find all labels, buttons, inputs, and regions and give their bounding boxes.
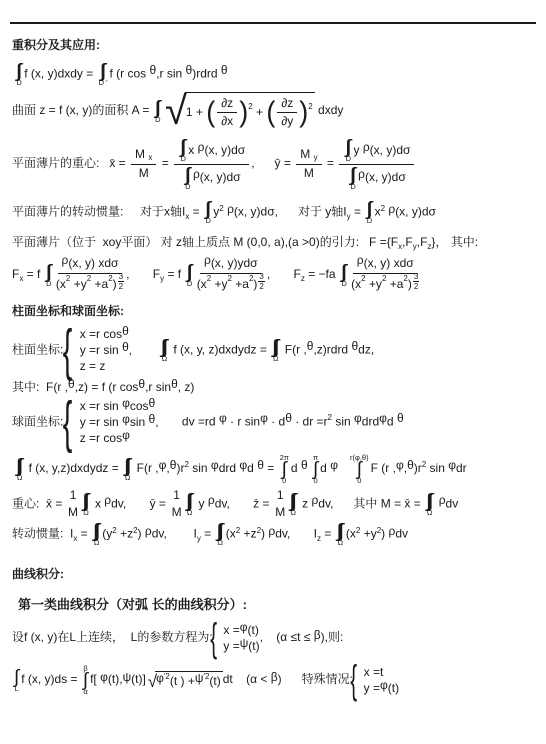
formula-plane-centroid: 平面薄片的重心: x̄ = M xM = ∫∫Dx ρ(x, y)dσ∫∫Dρ(… <box>4 138 542 190</box>
text: , F <box>267 267 301 281</box>
text: z <box>299 496 312 510</box>
denominator: M <box>304 165 314 182</box>
text: ) <box>113 277 117 293</box>
text: dz, <box>358 342 374 356</box>
cases-row: y =r sin φsin θ, <box>80 414 159 430</box>
raised-symbol: θ <box>307 339 314 353</box>
raised-symbol: θ <box>171 377 178 391</box>
cases-rows: x =φ(t)y =ψ(t) <box>223 622 259 654</box>
text: f (x, y, z)dxdydz = <box>170 342 270 356</box>
text: , (α ≤t ≤ <box>260 631 314 645</box>
subscript: z <box>427 242 431 251</box>
integral-operator: β∫α <box>83 665 88 695</box>
heading-cylindrical-spherical: 柱面坐标和球面坐标: <box>4 304 542 320</box>
raised-symbol: ρ <box>62 253 69 269</box>
integral-operator: 2π∫0 <box>280 454 289 484</box>
integral-operator: ∫∫D <box>186 263 192 288</box>
formula-arc-length-integral: ∫Lf (x, y)ds = β∫αf[ φ(t),ψ(t)]√φ′2(t ) … <box>4 663 542 697</box>
text: 平面薄片的重心: x̄ = <box>12 156 129 170</box>
superscript: 2 <box>382 274 386 284</box>
formula-spherical-triple: ∫∫∫Ω f (x, y,z)dxdydz = ∫∫∫Ω F(r ,φ,θ)r2… <box>4 454 542 484</box>
integral-operator: ∫∫D <box>155 99 161 124</box>
numerator: ρ(x, y)ydσ <box>200 256 262 274</box>
text: = <box>321 527 335 541</box>
text: (x, y)ydσ <box>211 256 258 272</box>
heading-line-integrals: 曲线积分: <box>4 567 542 583</box>
text: f (x, y)ds = <box>21 673 81 687</box>
integral-operator: ∫∫∫Ω <box>337 522 344 547</box>
text: (x, y)dσ, 对于 y轴I <box>234 205 347 219</box>
integral-operator: r(φ,θ)∫0 <box>350 454 369 484</box>
numerator: ρ(x, y) xdσ <box>353 256 418 274</box>
stack: 1M <box>171 488 182 520</box>
fraction: ∫∫Dy ρ(x, y)dσ∫∫Dρ(x, y)dσ <box>339 138 414 190</box>
subscript: x <box>185 212 189 221</box>
raised-symbol: ρ <box>363 140 370 156</box>
text: (t) <box>248 623 259 637</box>
text: (y <box>102 527 112 541</box>
integral-operator: ∫∫∫Ω <box>161 338 168 363</box>
subscript: y <box>314 153 318 163</box>
text: dxdy <box>315 103 344 117</box>
integral-operator: ∫∫D ′ <box>99 62 108 87</box>
lower-limit: α <box>83 688 87 696</box>
formula-inertia-3d: 转动惯量: Ix = ∫∫∫Ω(y2 +z2) ρdv, Iy = ∫∫∫Ω(x… <box>4 522 542 547</box>
text: (x, y)dσ <box>395 205 436 219</box>
text: 第一类曲线积分（对弧 长的曲线积分）: <box>18 597 247 612</box>
raised-symbol: φ <box>122 428 130 442</box>
text: 重心: x̄ = <box>12 496 66 510</box>
text: (x, y)dσ <box>204 143 245 159</box>
integral-operator: ∫∫D <box>16 62 22 87</box>
text: F (r , <box>371 461 396 475</box>
raised-symbol: θ <box>122 324 129 338</box>
text: (x, y) xdσ <box>364 256 414 272</box>
raised-symbol: φ <box>240 620 248 634</box>
raised-symbol: ψ <box>195 671 204 687</box>
numerator: ∂z <box>217 96 237 114</box>
text: (x <box>346 527 356 541</box>
raised-symbol: φ <box>396 458 404 472</box>
text: = <box>189 205 203 219</box>
raised-symbol: θ <box>257 458 264 472</box>
text: = <box>351 205 365 219</box>
lower-limit: Ω <box>337 539 343 547</box>
text: M <box>304 166 314 182</box>
lower-limit: Ω <box>217 539 223 547</box>
raised-symbol: ρ <box>389 524 396 538</box>
text: +y <box>366 277 382 293</box>
integral-operator: ∫∫∫Ω <box>93 522 100 547</box>
subscript: x <box>19 274 23 283</box>
text: (x, y)dσ <box>370 143 411 159</box>
text: f[ <box>90 673 100 687</box>
text: M <box>68 505 78 521</box>
superscript: 2 <box>257 526 261 535</box>
text: (x <box>56 277 66 293</box>
text: = f <box>164 267 184 281</box>
raised-symbol: θ <box>301 458 308 472</box>
raised-symbol: ρ <box>193 167 200 183</box>
superscript: 2 <box>249 274 253 284</box>
lower-limit: D <box>155 116 160 124</box>
subscript: y <box>413 242 417 251</box>
integral-operator: ∫∫D <box>341 263 347 288</box>
heading-first-type-line-integral: 第一类曲线积分（对弧 长的曲线积分）: <box>4 597 542 614</box>
text: = <box>201 527 215 541</box>
raised-symbol: θ <box>221 63 228 77</box>
denominator: ∂y <box>281 113 293 130</box>
text: d <box>320 461 330 475</box>
text: M <box>300 147 313 163</box>
text: , ȳ = <box>251 156 294 170</box>
lower-limit: D <box>46 280 51 288</box>
exponent-fraction: 32 <box>413 272 419 291</box>
text: ) <box>408 277 412 293</box>
lower-limit: D <box>346 155 351 163</box>
text: = <box>77 527 91 541</box>
lower-limit: D ′ <box>99 79 108 87</box>
integral-operator: ∫∫∫Ω <box>272 338 279 363</box>
raised-symbol: φ <box>260 411 268 425</box>
fraction: ∂z∂x <box>217 96 237 130</box>
superscript: ′2 <box>164 672 170 682</box>
text: d <box>387 414 397 428</box>
text: y = <box>364 681 380 695</box>
exp-numerator: 3 <box>414 272 418 281</box>
left-paren: ( <box>206 100 215 126</box>
raised-symbol: ρ <box>439 493 446 507</box>
text: ,F <box>402 235 413 249</box>
text: ) <box>253 277 257 293</box>
text: dv <box>446 496 459 510</box>
left-brace: { <box>62 326 72 374</box>
superscript: 2 <box>133 526 137 535</box>
raised-symbol: ψ <box>123 670 132 684</box>
superscript: 2 <box>356 526 360 535</box>
raised-symbol: ρ <box>208 493 215 507</box>
subscript: z <box>301 274 305 283</box>
integral-operator: ∫∫∫Ω <box>290 492 297 517</box>
radicand: 1 + (∂z∂x)2 + (∂z∂y)2 <box>185 92 315 130</box>
text: dv, I <box>152 527 197 541</box>
subscript: x <box>73 534 77 543</box>
text: (t) <box>209 674 220 690</box>
text: ,r sin <box>145 380 171 394</box>
text: dr <box>456 461 467 475</box>
fraction: M xM <box>131 147 156 181</box>
fraction: ρ(x, y) xdσ(x2 +y2 +a2)32 <box>56 256 124 294</box>
lower-limit: 0 <box>313 477 317 485</box>
fraction: M yM <box>296 147 321 181</box>
integral-operator: ∫∫D <box>350 166 356 191</box>
text: y =r sin <box>80 343 122 357</box>
text: drd <box>362 414 379 428</box>
paren-content: ∂z∂y <box>275 96 299 130</box>
text: +z <box>240 527 256 541</box>
text: (t), <box>108 673 123 687</box>
lower-limit: D <box>180 155 185 163</box>
text: (t) <box>248 639 259 653</box>
text: x <box>375 205 381 219</box>
cases-group: {x =φ(t)y =ψ(t) <box>216 621 260 655</box>
text: y <box>353 143 362 159</box>
text: 曲线积分: <box>12 567 64 581</box>
formula-cylindrical: 柱面坐标: {x =r cosθy =r sin θ,z = z ∫∫∫Ω f … <box>4 326 542 374</box>
integral-operator: ∫∫D <box>366 200 372 225</box>
fraction: ρ(x, y)ydσ(x2 +y2 +a2)32 <box>197 256 265 294</box>
text: · r sin <box>227 414 260 428</box>
top-rule <box>10 22 536 24</box>
formula-cylindrical-where: 其中: F(r ,θ,z) = f (r cosθ,r sinθ, z) <box>4 380 542 396</box>
superscript: 2 <box>184 460 188 469</box>
text: 曲面 z = f (x, y)的面积 A = <box>12 103 153 117</box>
raised-symbol: ρ <box>204 253 211 269</box>
left-paren: ( <box>266 100 275 126</box>
formula-spherical: 球面坐标: {x =r sin φcosθy =r sin φsin θ,z =… <box>4 398 542 446</box>
text: sin <box>130 415 149 429</box>
subscript: x <box>398 242 402 251</box>
numerator: 1 <box>171 488 182 504</box>
raised-symbol: θ <box>149 412 156 426</box>
numerator: ∫∫Dy ρ(x, y)dσ <box>339 138 414 165</box>
stack: 1M <box>275 488 286 520</box>
text: dv =rd <box>159 414 219 428</box>
text: , F <box>126 267 160 281</box>
text: 重积分及其应用: <box>12 38 100 52</box>
text: ,r sin <box>156 66 185 80</box>
raised-symbol: ρ <box>357 253 364 269</box>
superscript: 2 <box>108 274 112 284</box>
lower-limit: Ω <box>83 509 89 517</box>
text: x <box>188 143 197 159</box>
denominator: (x2 +y2 +a2)32 <box>56 274 124 294</box>
text: +y <box>360 527 376 541</box>
text: = <box>324 156 338 170</box>
superscript: 2 <box>328 413 332 422</box>
text: drd <box>219 461 240 475</box>
exp-numerator: 3 <box>259 272 263 281</box>
square-root: √1 + (∂z∂x)2 + (∂z∂y)2 <box>165 92 315 130</box>
left-brace: { <box>351 663 358 697</box>
raised-symbol: θ <box>170 458 177 472</box>
text: = f <box>23 267 43 281</box>
text: ∂x <box>221 114 233 130</box>
superscript: 2 <box>381 204 385 213</box>
superscript: 2 <box>112 526 116 535</box>
numerator: 1 <box>68 488 79 504</box>
text: (x <box>351 277 361 293</box>
integral-operator: ∫∫D <box>205 200 211 225</box>
denominator: M <box>139 165 149 182</box>
text: , z) <box>178 380 195 394</box>
superscript: ′2 <box>203 672 209 682</box>
text: ∂z <box>221 96 233 112</box>
lower-limit: Ω <box>290 509 296 517</box>
exp-numerator: 3 <box>119 272 123 281</box>
exp-denominator: 2 <box>118 281 124 291</box>
lower-limit: 0 <box>357 477 361 485</box>
denominator: M <box>68 504 78 521</box>
text: z =r cos <box>80 431 122 445</box>
left-brace: { <box>210 621 217 655</box>
integral-operator: ∫∫∫Ω <box>186 492 193 517</box>
text: F(r , <box>133 461 158 475</box>
text: 设f (x, y)在L上连续， L的参数方程为: <box>12 631 216 645</box>
lower-limit: D <box>341 280 346 288</box>
text: (t) <box>388 681 399 695</box>
lower-limit: L <box>15 685 19 693</box>
right-paren: ) <box>299 100 308 126</box>
text: = <box>158 156 172 170</box>
raised-symbol: θ <box>138 377 145 391</box>
raised-symbol: β <box>314 628 321 642</box>
text: M <box>139 166 149 182</box>
superscript: 2 <box>422 460 426 469</box>
heading-multiple-integrals: 重积分及其应用: <box>4 38 542 54</box>
text: = <box>264 461 278 475</box>
text: · d <box>268 414 285 428</box>
exp-denominator: 2 <box>258 281 264 291</box>
cases-rows: x =r sin φcosθy =r sin φsin θ,z =r cosφ <box>80 398 159 446</box>
text: }， 其中: <box>431 235 478 249</box>
text: x =r cos <box>80 327 122 341</box>
stack: 1M <box>68 488 79 520</box>
cases-row: z =r cosφ <box>80 430 159 446</box>
text: sin <box>426 461 448 475</box>
numerator: ∂z <box>277 96 297 114</box>
raised-symbol: ρ <box>145 524 152 538</box>
raised-symbol: ρ <box>388 202 395 216</box>
text: y = <box>223 639 239 653</box>
fraction: ∫∫Dx ρ(x, y)dσ∫∫Dρ(x, y)dσ <box>174 138 249 190</box>
denominator: (x2 +y2 +a2)32 <box>351 274 419 294</box>
raised-symbol: θ <box>149 396 156 410</box>
text: dv <box>395 527 408 541</box>
text: = −fa <box>305 267 339 281</box>
subscript: y <box>347 212 351 221</box>
text: d <box>291 461 301 475</box>
text: +y <box>70 277 86 293</box>
raised-symbol: φ <box>159 458 167 472</box>
superscript: 2 <box>87 274 91 284</box>
cases-group: {x =r cosθy =r sin θ,z = z <box>67 326 132 374</box>
text: (x, y)dσ <box>365 170 406 186</box>
lower-limit: D <box>350 183 355 191</box>
lower-limit: Ω <box>273 355 279 363</box>
text: dv, I <box>275 527 317 541</box>
text: 1 <box>277 488 284 504</box>
lower-limit: Ω <box>187 509 193 517</box>
text: (x <box>197 277 207 293</box>
exp-denominator: 2 <box>413 281 419 291</box>
raised-symbol: ρ <box>358 167 365 183</box>
numerator: 1 <box>275 488 286 504</box>
integral-operator: π∫0 <box>313 454 318 484</box>
radical-sign: √ <box>165 92 187 130</box>
lower-limit: 0 <box>282 477 286 485</box>
raised-symbol: φ <box>448 458 456 472</box>
integral-operator: ∫∫∫Ω <box>426 492 433 517</box>
numerator: ∫∫Dx ρ(x, y)dσ <box>174 138 249 165</box>
integral-operator: ∫∫∫Ω <box>124 457 131 482</box>
text: )r <box>414 461 422 475</box>
subscript: y <box>197 534 201 543</box>
text: y =r sin <box>80 415 122 429</box>
text: F(r , <box>281 342 306 356</box>
text: 其中: F(r , <box>12 380 68 394</box>
denominator: ∫∫Dρ(x, y)dσ <box>348 165 406 191</box>
superscript: 2 <box>219 204 223 213</box>
formula-gravity-components: Fx = f ∫∫Dρ(x, y) xdσ(x2 +y2 +a2)32, Fy … <box>4 256 542 294</box>
exponent-fraction: 32 <box>258 272 264 291</box>
text: dv, ȳ = <box>111 496 169 510</box>
cases-row: y =r sin θ, <box>80 342 132 358</box>
text: 1 <box>173 488 180 504</box>
lower-limit: D <box>187 280 192 288</box>
denominator: M <box>172 504 182 521</box>
text: (t)] <box>131 673 146 687</box>
text: M <box>172 505 182 521</box>
text: x =r sin <box>80 399 122 413</box>
text: 转动惯量: I <box>12 527 73 541</box>
cases-row: y =ψ(t) <box>223 638 259 654</box>
numerator: M y <box>296 147 321 165</box>
integral-operator: ∫∫∫Ω <box>82 492 89 517</box>
raised-symbol: φ <box>354 411 362 425</box>
text: M <box>135 147 148 163</box>
lower-limit: D <box>205 217 210 225</box>
raised-symbol: φ <box>380 678 388 692</box>
subscript: x <box>148 153 152 163</box>
text: f (x, y,z)dxdydz = <box>25 461 122 475</box>
raised-symbol: φ <box>100 670 108 684</box>
denominator: M <box>275 504 285 521</box>
superscript: 2 <box>207 274 211 284</box>
formula-surface-area: 曲面 z = f (x, y)的面积 A = ∫∫D√1 + (∂z∂x)2 +… <box>4 92 542 130</box>
lower-limit: Ω <box>162 355 168 363</box>
numerator: ρ(x, y) xdσ <box>58 256 123 274</box>
text: ∂y <box>281 114 293 130</box>
paren-group: (∂z∂y) <box>266 96 308 130</box>
text: (x, y) xdσ <box>68 256 118 272</box>
raised-symbol: θ <box>351 339 358 353</box>
integral-operator: ∫∫D <box>180 138 186 163</box>
text: +a <box>91 277 108 293</box>
right-paren: ) <box>239 100 248 126</box>
paren-group: (∂z∂x) <box>206 96 248 130</box>
text: dv, z̄ = <box>215 496 273 510</box>
text: (t ) + <box>170 674 195 690</box>
raised-symbol: ρ <box>227 202 234 216</box>
superscript: 2 <box>403 274 407 284</box>
subscript: y <box>160 274 164 283</box>
cases-group: {x =r sin φcosθy =r sin φsin θ,z =r cosφ <box>67 398 159 446</box>
text: 球面坐标: <box>12 414 67 428</box>
text: 柱面坐标和球面坐标: <box>12 304 124 318</box>
raised-symbol: φ <box>379 411 387 425</box>
text: (x, y)dσ <box>200 170 241 186</box>
text: ),则: <box>321 631 344 645</box>
paren-content: ∂z∂x <box>215 96 239 130</box>
text: ,z)rdrd <box>313 342 351 356</box>
lower-limit: Ω <box>17 474 23 482</box>
text: x <box>92 496 105 510</box>
raised-symbol: φ <box>330 458 338 472</box>
text <box>338 461 348 475</box>
lower-limit: D <box>367 217 372 225</box>
text: z = z <box>80 359 106 373</box>
